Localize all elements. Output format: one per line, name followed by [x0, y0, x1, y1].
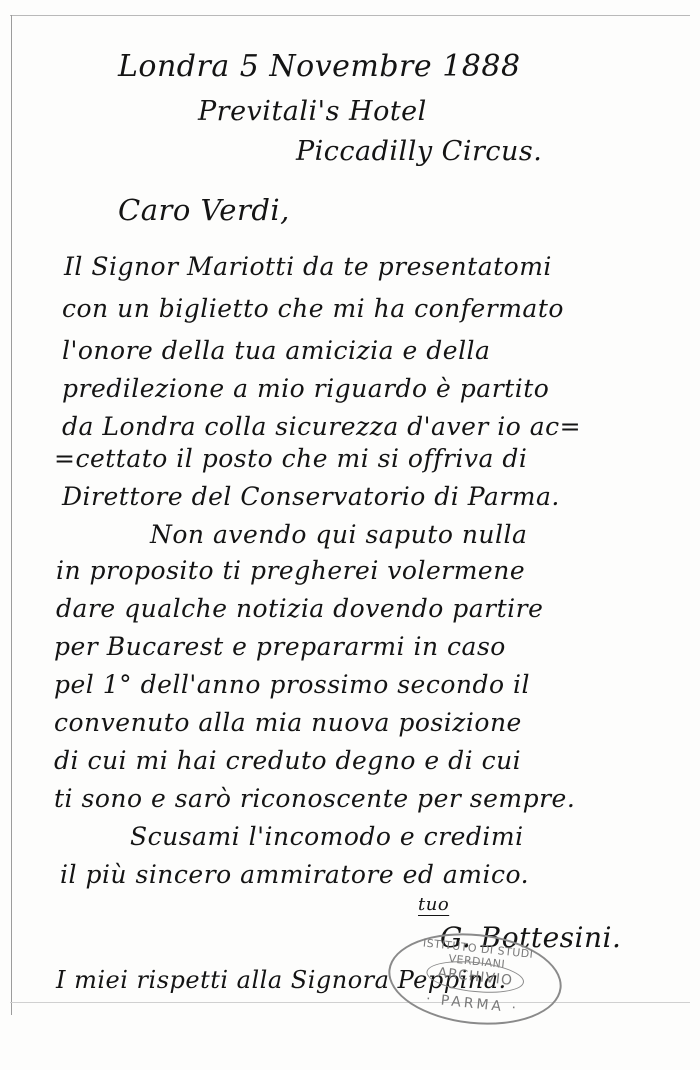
- letter-body-line: l'onore della tua amicizia e della: [62, 338, 490, 363]
- letter-place-date: Londra 5 Novembre 1888: [118, 52, 521, 82]
- letter-page: Londra 5 Novembre 1888 Previtali's Hotel…: [0, 0, 700, 1070]
- letter-body-line: Il Signor Mariotti da te presentatomi: [64, 254, 552, 279]
- letter-body-line: ti sono e sarò riconoscente per sempre.: [54, 786, 575, 811]
- letter-body-line: Direttore del Conservatorio di Parma.: [62, 484, 560, 509]
- letter-body-line: Scusami l'incomodo e credimi: [130, 824, 524, 849]
- letter-body-line: il più sincero ammiratore ed amico.: [60, 862, 529, 887]
- letter-body-line: pel 1° dell'anno prossimo secondo il: [54, 672, 530, 697]
- letter-body-line: da Londra colla sicurezza d'aver io ac=: [62, 414, 581, 439]
- letter-body-line: con un biglietto che mi ha confermato: [62, 296, 564, 321]
- letter-closing-word: tuo: [418, 896, 449, 914]
- letter-body-line: in proposito ti pregherei volermene: [56, 558, 525, 583]
- letter-body-line: per Bucarest e prepararmi in caso: [54, 634, 506, 659]
- page-border-bottom: [10, 1002, 690, 1003]
- letter-salutation: Caro Verdi,: [118, 196, 290, 225]
- letter-body-line: Non avendo qui saputo nulla: [150, 522, 527, 547]
- letter-body-line: convenuto alla mia nuova posizione: [54, 710, 522, 735]
- page-border-top: [10, 15, 690, 16]
- letter-body-line: =cettato il posto che mi si offriva di: [54, 446, 527, 471]
- letter-street: Piccadilly Circus.: [296, 138, 542, 165]
- page-border-left: [11, 15, 12, 1015]
- letter-body-line: di cui mi hai creduto degno e di cui: [54, 748, 521, 773]
- stamp-bottom-text: · PARMA ·: [395, 988, 550, 1020]
- letter-hotel: Previtali's Hotel: [198, 98, 427, 125]
- letter-body-line: predilezione a mio riguardo è partito: [62, 376, 549, 401]
- letter-body-line: dare qualche notizia dovendo partire: [56, 596, 543, 621]
